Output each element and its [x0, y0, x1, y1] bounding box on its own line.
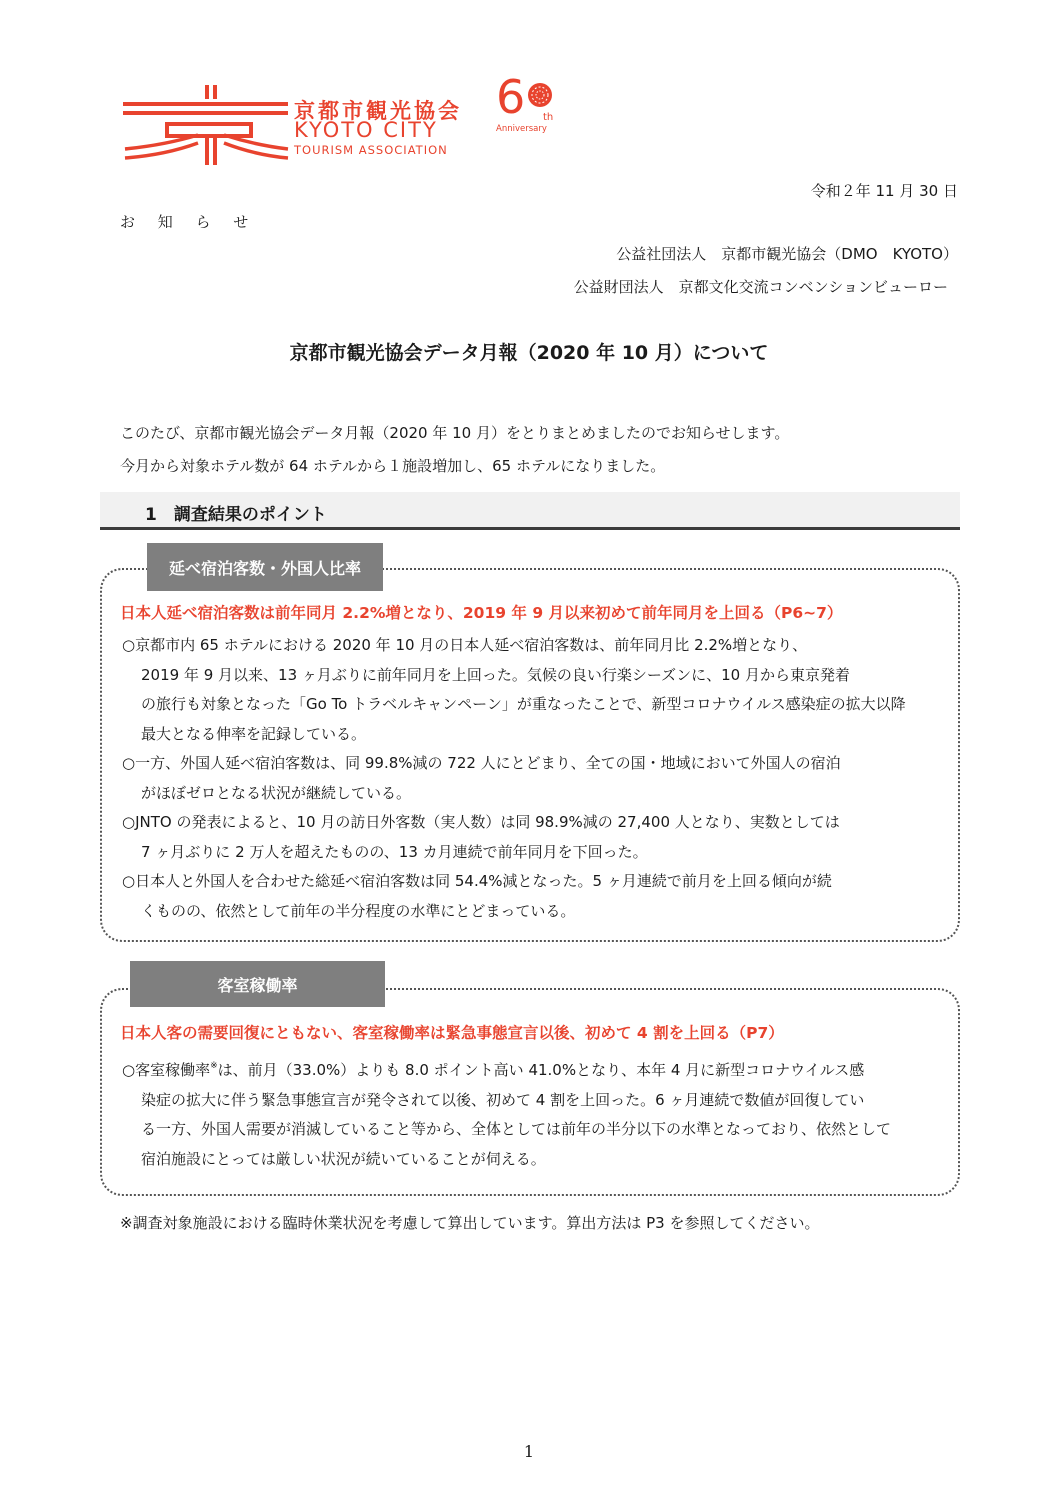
logo-name-en: KYOTO CITY [294, 118, 438, 142]
box-headline-guest-nights: 日本人延べ宿泊客数は前年同月 2.2%増となり、2019 年 9 月以来初めて前… [120, 601, 842, 623]
bullet-line-end: は、前月（33.0%）よりも 8.0 ポイント高い 41.0%となり、本年 4 … [218, 1061, 865, 1079]
bullet-line: 宿泊施設にとっては厳しい状況が続いていることが伺える。 [122, 1145, 891, 1175]
organization-2: 公益財団法人 京都文化交流コンベンションビューロー [574, 276, 948, 297]
bullet-item: ○JNTO の発表によると、10 月の訪日外客数（実人数）は同 98.9%減の … [122, 808, 906, 867]
bullet-line: る一方、外国人需要が消滅していること等から、全体としては前年の半分以下の水準とな… [122, 1115, 891, 1145]
section-heading: 1 調査結果のポイント [145, 500, 327, 525]
bullet-line-start: ○客室稼働率 [122, 1061, 210, 1079]
box-tab-occupancy: 客室稼働率 [130, 961, 385, 1007]
bullet-line: の旅行も対象となった「Go To トラベルキャンペーン」が重なったことで、新型コ… [122, 690, 906, 720]
bullet-item: ○客室稼働率※は、前月（33.0%）よりも 8.0 ポイント高い 41.0%とな… [122, 1052, 891, 1174]
bullet-item: ○一方、外国人延べ宿泊客数は、同 99.8%減の 722 人にとどまり、全ての国… [122, 749, 906, 808]
bullet-line: 7 ヶ月ぶりに 2 万人を超えたものの、13 カ月連続で前年同月を下回った。 [122, 838, 906, 868]
organization-1: 公益社団法人 京都市観光協会（DMO KYOTO） [616, 243, 958, 264]
footnote: ※調査対象施設における臨時休業状況を考慮して算出しています。算出方法は P3 を… [120, 1212, 820, 1233]
anniversary-suffix: th [543, 112, 553, 123]
bullet-line: 2019 年 9 月以来、13 ヶ月ぶりに前年同月を上回った。気候の良い行楽シー… [122, 661, 906, 691]
anniversary-number: 6 [496, 74, 525, 120]
kyo-emblem-icon [120, 85, 290, 165]
bullet-line: 染症の拡大に伴う緊急事態宣言が発令されて以後、初めて 4 割を上回った。6 ヶ月… [122, 1086, 891, 1116]
bullet-item: ○京都市内 65 ホテルにおける 2020 年 10 月の日本人延べ宿泊客数は、… [122, 631, 906, 749]
box-tab-label: 延べ宿泊客数・外国人比率 [169, 556, 361, 579]
document-title: 京都市観光協会データ月報（2020 年 10 月）について [0, 338, 1058, 365]
bullet-line: ○JNTO の発表によると、10 月の訪日外客数（実人数）は同 98.9%減の … [122, 813, 840, 831]
bullet-line: くものの、依然として前年の半分程度の水準にとどまっている。 [122, 897, 906, 927]
box-tab-label: 客室稼働率 [217, 973, 297, 996]
footnote-marker: ※ [210, 1061, 218, 1071]
logo-name-en-sub: TOURISM ASSOCIATION [294, 143, 448, 157]
bullet-line: 最大となる伸率を記録している。 [122, 720, 906, 750]
bullet-list-guest-nights: ○京都市内 65 ホテルにおける 2020 年 10 月の日本人延べ宿泊客数は、… [122, 631, 906, 926]
intro-line-2: 今月から対象ホテル数が 64 ホテルから１施設増加し、65 ホテルになりました。 [120, 455, 665, 476]
bullet-line: ○一方、外国人延べ宿泊客数は、同 99.8%減の 722 人にとどまり、全ての国… [122, 754, 841, 772]
box-headline-occupancy: 日本人客の需要回復にともない、客室稼働率は緊急事態宣言以後、初めて 4 割を上回… [120, 1021, 784, 1043]
issue-date: 令和２年 11 月 30 日 [811, 180, 958, 201]
anniversary-label: Anniversary [496, 124, 547, 134]
bullet-list-occupancy: ○客室稼働率※は、前月（33.0%）よりも 8.0 ポイント高い 41.0%とな… [122, 1052, 891, 1174]
box-tab-guest-nights: 延べ宿泊客数・外国人比率 [147, 543, 383, 591]
anniversary-rosette-icon [527, 82, 553, 108]
notice-label: お 知 ら せ [120, 211, 257, 232]
bullet-line: がほぼゼロとなる状況が継続している。 [122, 779, 906, 809]
bullet-line: ○日本人と外国人を合わせた総延べ宿泊客数は同 54.4%減となった。5 ヶ月連続… [122, 872, 832, 890]
page-number: 1 [0, 1442, 1058, 1461]
bullet-line: ○京都市内 65 ホテルにおける 2020 年 10 月の日本人延べ宿泊客数は、… [122, 636, 807, 654]
bullet-item: ○日本人と外国人を合わせた総延べ宿泊客数は同 54.4%減となった。5 ヶ月連続… [122, 867, 906, 926]
intro-line-1: このたび、京都市観光協会データ月報（2020 年 10 月）をとりまとめましたの… [120, 422, 789, 443]
